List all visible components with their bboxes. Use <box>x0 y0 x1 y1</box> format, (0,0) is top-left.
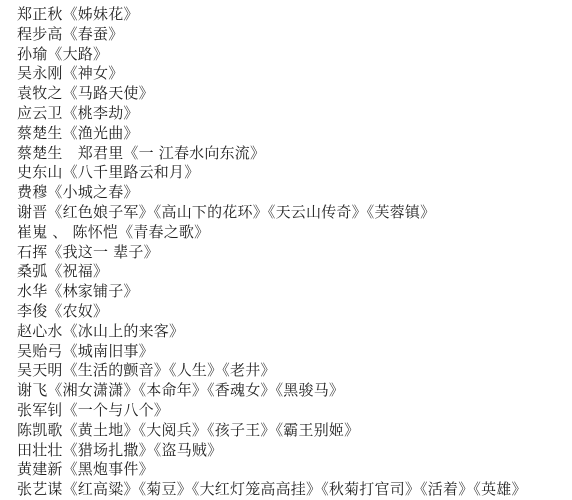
list-item: 吴贻弓《城南旧事》 <box>17 342 566 362</box>
list-item: 吴永刚《神女》 <box>17 64 566 84</box>
list-item: 谢晋《红色娘子军》《高山下的花环》《天云山传奇》《芙蓉镇》 <box>17 203 566 223</box>
director-film-list: 郑正秋《姊妹花》程步高《春蚕》孙瑜《大路》吴永刚《神女》袁牧之《马路天使》应云卫… <box>0 0 572 500</box>
list-item: 张军钊《一个与八个》 <box>17 401 566 421</box>
list-item: 吴天明《生活的颤音》《人生》《老井》 <box>17 361 566 381</box>
list-item: 郑正秋《姊妹花》 <box>17 5 566 25</box>
list-item: 陈凯歌《黄土地》《大阅兵》《孩子王》《霸王别姬》 <box>17 421 566 441</box>
list-item: 史东山《八千里路云和月》 <box>17 163 566 183</box>
list-item: 田壮壮《猎场扎撒》《盗马贼》 <box>17 441 566 461</box>
list-item: 李俊《农奴》 <box>17 302 566 322</box>
list-item: 石挥《我这一 辈子》 <box>17 243 566 263</box>
list-item: 蔡楚生 郑君里《一 江春水向东流》 <box>17 144 566 164</box>
list-item: 费穆《小城之春》 <box>17 183 566 203</box>
list-item: 程步高《春蚕》 <box>17 25 566 45</box>
list-item: 张艺谋《红高粱》《菊豆》《大红灯笼高高挂》《秋菊打官司》《活着》《英雄》 <box>17 480 566 500</box>
list-item: 谢飞《湘女潇潇》《本命年》《香魂女》《黑骏马》 <box>17 381 566 401</box>
list-item: 桑弧《祝福》 <box>17 262 566 282</box>
list-item: 应云卫《桃李劫》 <box>17 104 566 124</box>
list-item: 崔嵬 、 陈怀恺《青春之歌》 <box>17 223 566 243</box>
list-item: 水华《林家铺子》 <box>17 282 566 302</box>
list-item: 袁牧之《马路天使》 <box>17 84 566 104</box>
list-item: 蔡楚生《渔光曲》 <box>17 124 566 144</box>
list-item: 赵心水《冰山上的来客》 <box>17 322 566 342</box>
list-item: 孙瑜《大路》 <box>17 45 566 65</box>
list-item: 黄建新《黑炮事件》 <box>17 460 566 480</box>
